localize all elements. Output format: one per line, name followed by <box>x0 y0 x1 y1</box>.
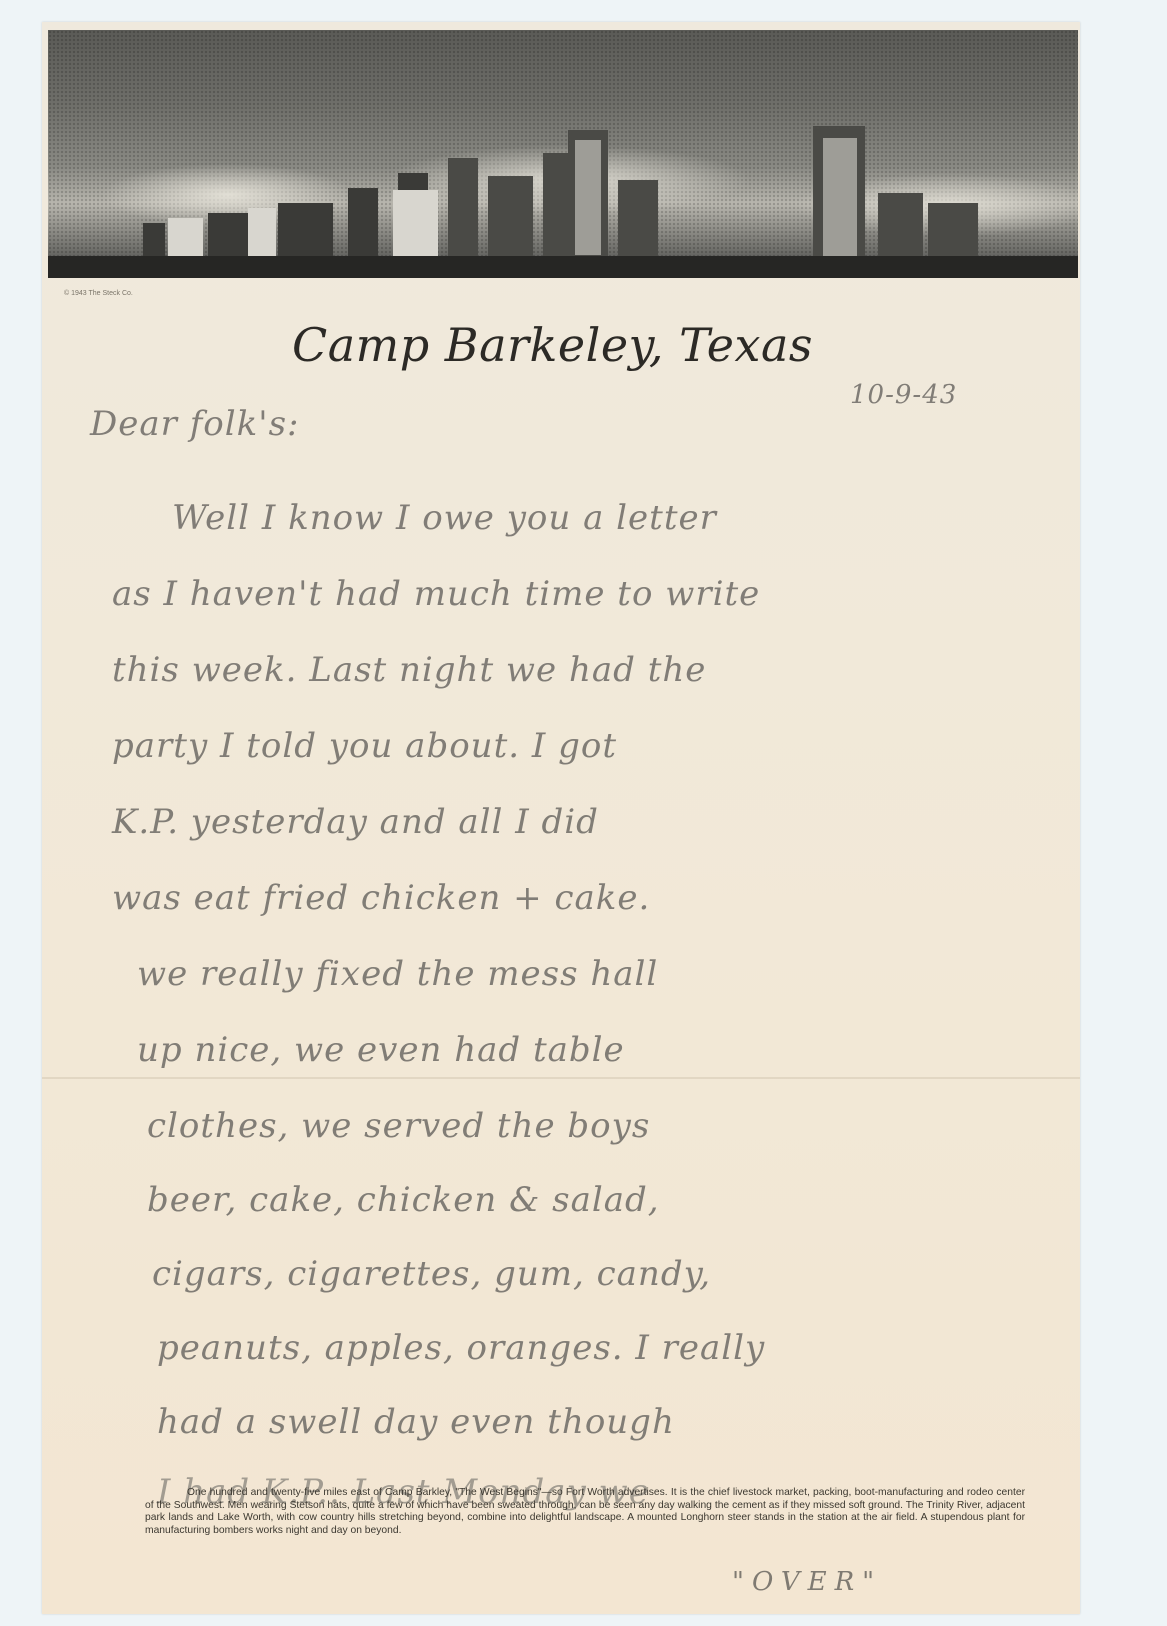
over-marker: "OVER" <box>732 1567 882 1597</box>
letter-line: beer, cake, chicken & salad, <box>147 1180 660 1220</box>
letter-line: peanuts, apples, oranges. I really <box>157 1328 765 1368</box>
letter-date: 10-9-43 <box>850 380 957 410</box>
copyright-notice: © 1943 The Steck Co. <box>64 290 133 297</box>
footer-caption: One hundred and twenty-five miles east o… <box>145 1487 1025 1537</box>
fold-crease <box>42 1077 1080 1079</box>
tree-line <box>48 256 1078 278</box>
letter-line: up nice, we even had table <box>137 1030 625 1070</box>
letter-line: party I told you about. I got <box>112 726 617 766</box>
letter-line: clothes, we served the boys <box>147 1106 650 1146</box>
letterhead-title: Camp Barkeley, Texas <box>292 318 892 372</box>
letter-line: this week. Last night we had the <box>112 650 706 690</box>
letter-line: as I haven't had much time to write <box>112 574 760 614</box>
city-skyline-illustration <box>48 30 1078 278</box>
letter-line: we really fixed the mess hall <box>137 954 658 994</box>
salutation: Dear folk's: <box>90 404 300 444</box>
letter-sheet: © 1943 The Steck Co. Camp Barkeley, Texa… <box>42 22 1080 1614</box>
skyline-buildings-icon <box>48 118 1078 278</box>
letter-line: cigars, cigarettes, gum, candy, <box>152 1254 711 1294</box>
letter-line: K.P. yesterday and all I did <box>112 802 599 842</box>
letter-line: Well I know I owe you a letter <box>172 498 717 538</box>
letter-line: had a swell day even though <box>157 1402 675 1442</box>
letter-line: was eat fried chicken + cake. <box>112 878 650 918</box>
